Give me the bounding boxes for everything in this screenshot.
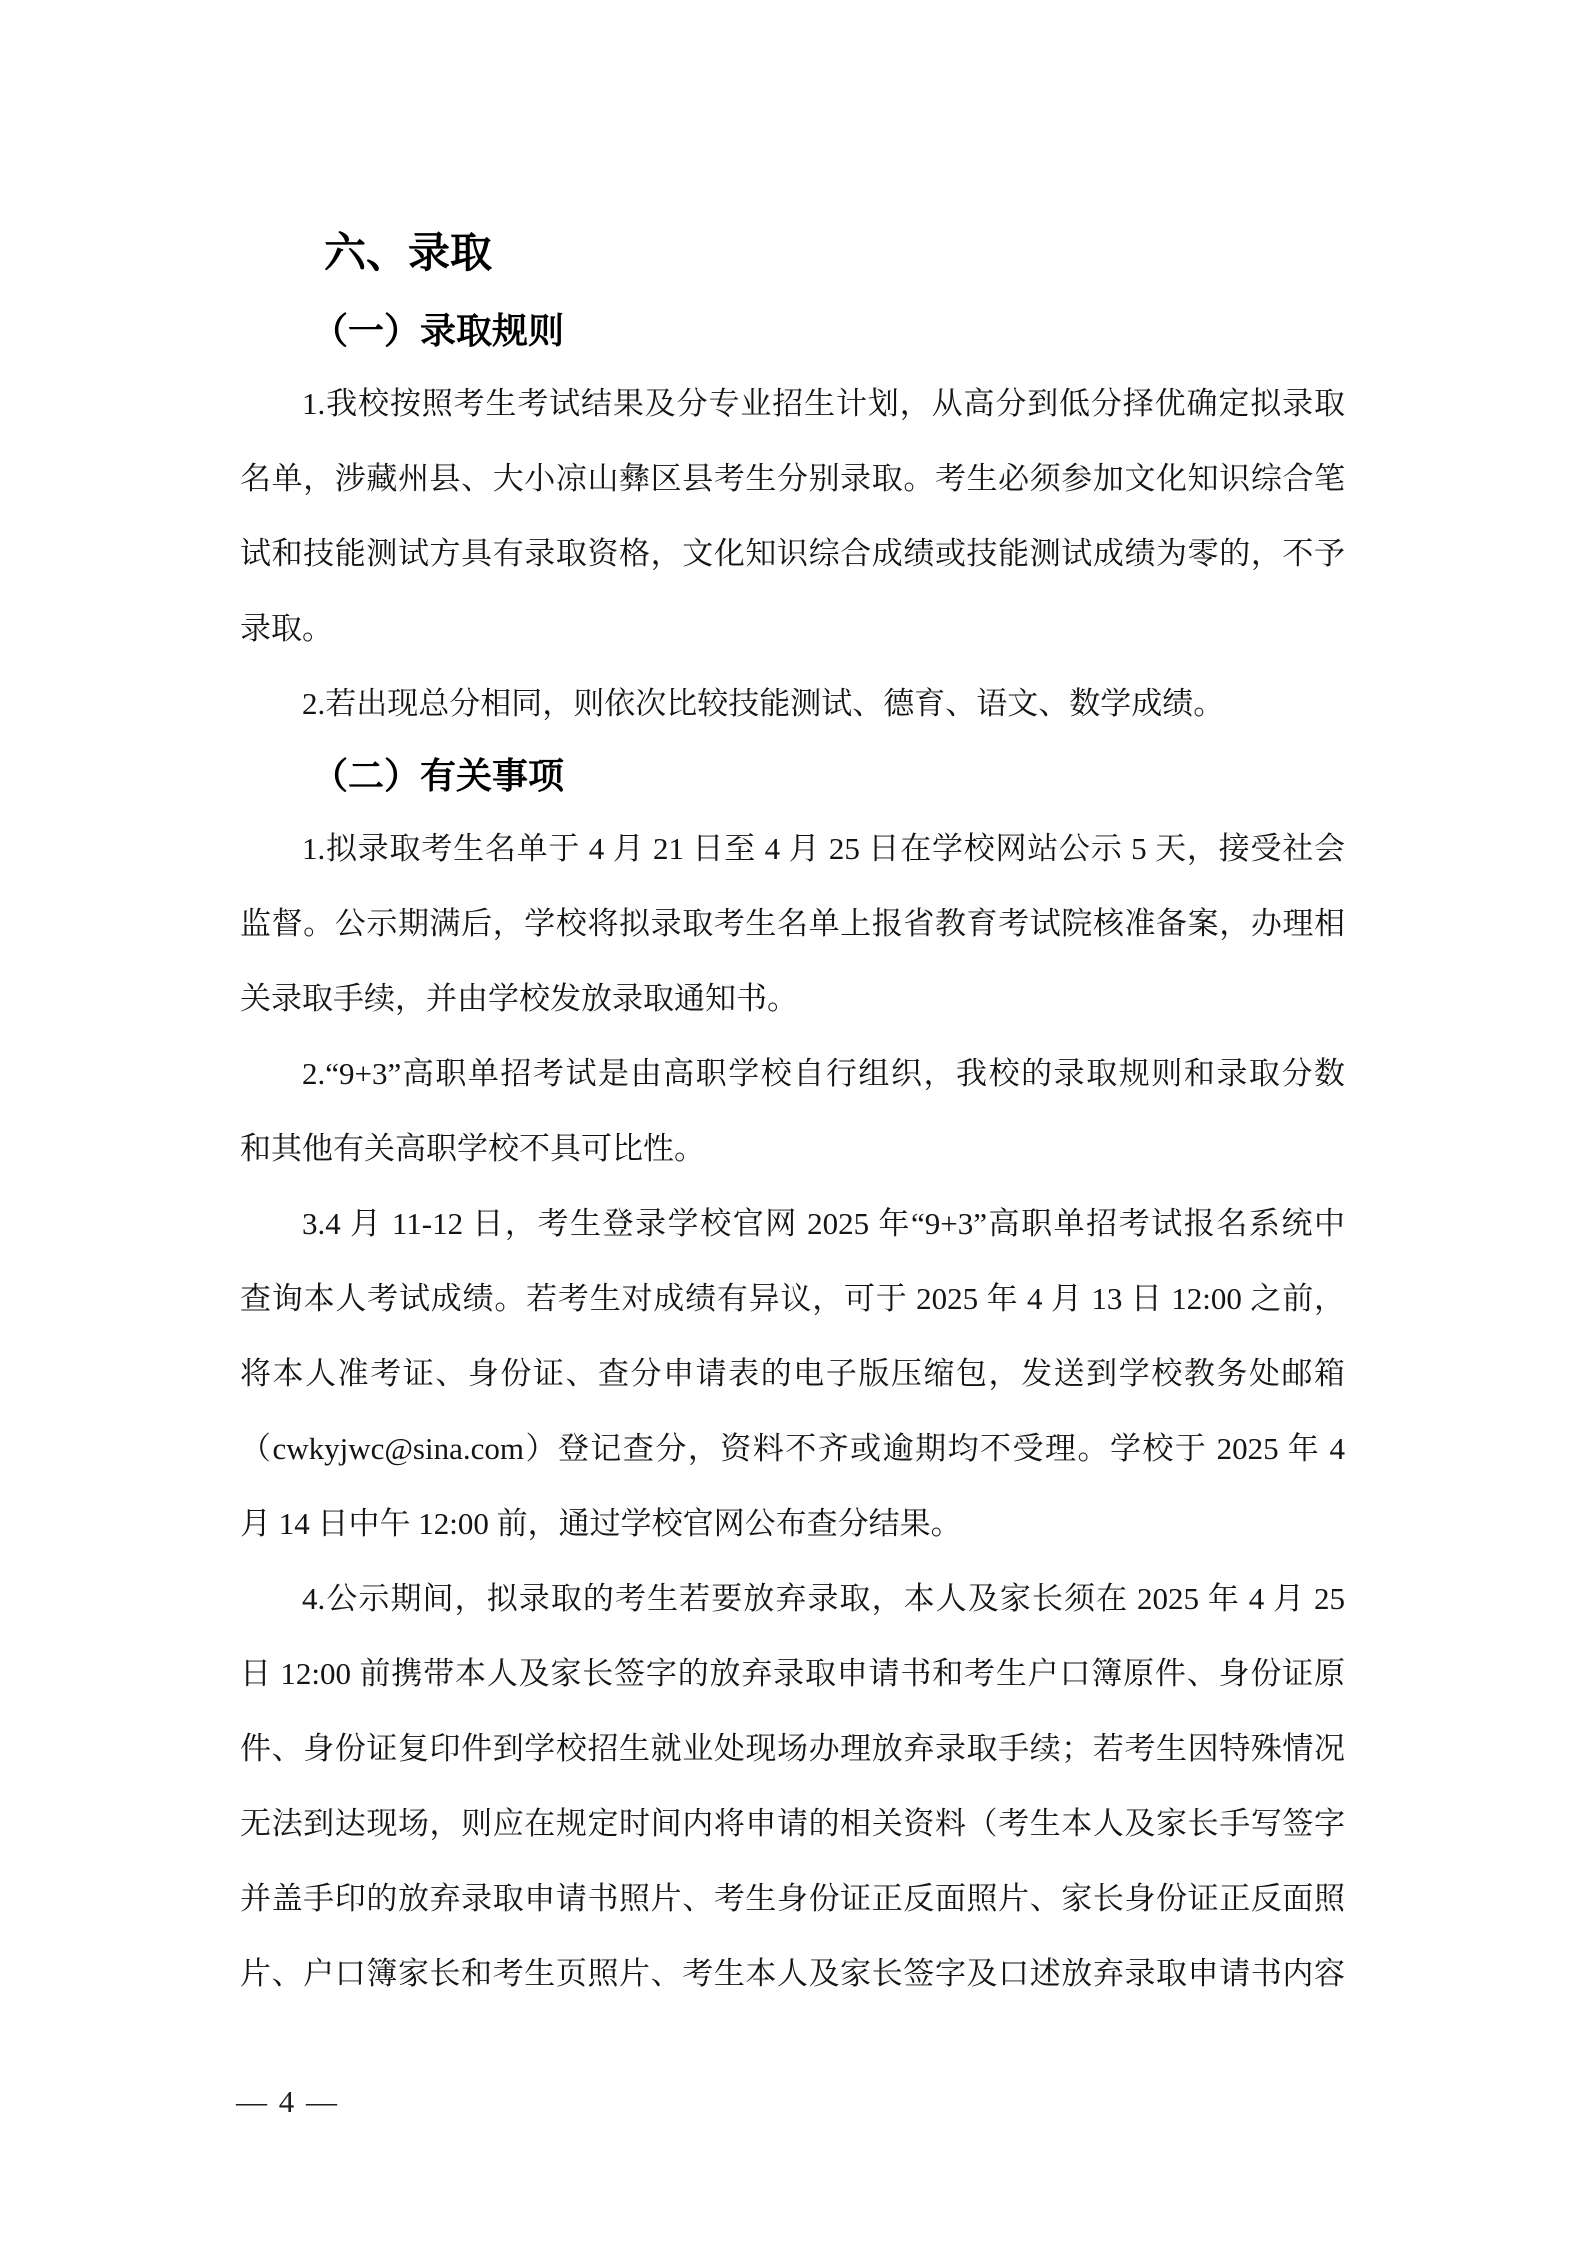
paragraph-line: （cwkyjwc@sina.com）登记查分，资料不齐或逾期均不受理。学校于 2… [240, 1411, 1345, 1486]
page-number: — 4 — [236, 2080, 339, 2124]
paragraph-line: 月 14 日中午 12:00 前，通过学校官网公布查分结果。 [240, 1486, 1345, 1561]
paragraph-line: 名单，涉藏州县、大小凉山彝区县考生分别录取。考生必须参加文化知识综合笔 [240, 441, 1345, 516]
paragraph-line: 1.拟录取考生名单于 4 月 21 日至 4 月 25 日在学校网站公示 5 天… [240, 811, 1345, 886]
paragraph-line: 监督。公示期满后，学校将拟录取考生名单上报省教育考试院核准备案，办理相 [240, 886, 1345, 961]
paragraph-line: 试和技能测试方具有录取资格，文化知识综合成绩或技能测试成绩为零的，不予 [240, 516, 1345, 591]
paragraph-line: 关录取手续，并由学校发放录取通知书。 [240, 961, 1345, 1036]
page-content: 六、录取 （一）录取规则 1.我校按照考生考试结果及分专业招生计划，从高分到低分… [240, 210, 1345, 2011]
paragraph-line: 2.“9+3”高职单招考试是由高职学校自行组织，我校的录取规则和录取分数 [240, 1036, 1345, 1111]
paragraph-line: 无法到达现场，则应在规定时间内将申请的相关资料（考生本人及家长手写签字 [240, 1786, 1345, 1861]
paragraph-line: 日 12:00 前携带本人及家长签字的放弃录取申请书和考生户口簿原件、身份证原 [240, 1636, 1345, 1711]
subsection-1-heading: （一）录取规则 [240, 296, 1345, 366]
paragraph-line: 件、身份证复印件到学校招生就业处现场办理放弃录取手续；若考生因特殊情况 [240, 1711, 1345, 1786]
paragraph-line: 片、户口簿家长和考生页照片、考生本人及家长签字及口述放弃录取申请书内容 [240, 1936, 1345, 2011]
paragraph-line: 1.我校按照考生考试结果及分专业招生计划，从高分到低分择优确定拟录取 [240, 366, 1345, 441]
paragraph-line: 并盖手印的放弃录取申请书照片、考生身份证正反面照片、家长身份证正反面照 [240, 1861, 1345, 1936]
document-page: 六、录取 （一）录取规则 1.我校按照考生考试结果及分专业招生计划，从高分到低分… [0, 0, 1587, 2245]
paragraph-line: 录取。 [240, 591, 1345, 666]
subsection-2-heading: （二）有关事项 [240, 741, 1345, 811]
paragraph-line: 将本人准考证、身份证、查分申请表的电子版压缩包，发送到学校教务处邮箱 [240, 1336, 1345, 1411]
paragraph-line: 4.公示期间，拟录取的考生若要放弃录取，本人及家长须在 2025 年 4 月 2… [240, 1561, 1345, 1636]
paragraph-line: 3.4 月 11-12 日，考生登录学校官网 2025 年“9+3”高职单招考试… [240, 1186, 1345, 1261]
paragraph-line: 2.若出现总分相同，则依次比较技能测试、德育、语文、数学成绩。 [240, 666, 1345, 741]
paragraph-line: 查询本人考试成绩。若考生对成绩有异议，可于 2025 年 4 月 13 日 12… [240, 1261, 1345, 1336]
section-title: 六、录取 [240, 210, 1345, 296]
paragraph-line: 和其他有关高职学校不具可比性。 [240, 1111, 1345, 1186]
